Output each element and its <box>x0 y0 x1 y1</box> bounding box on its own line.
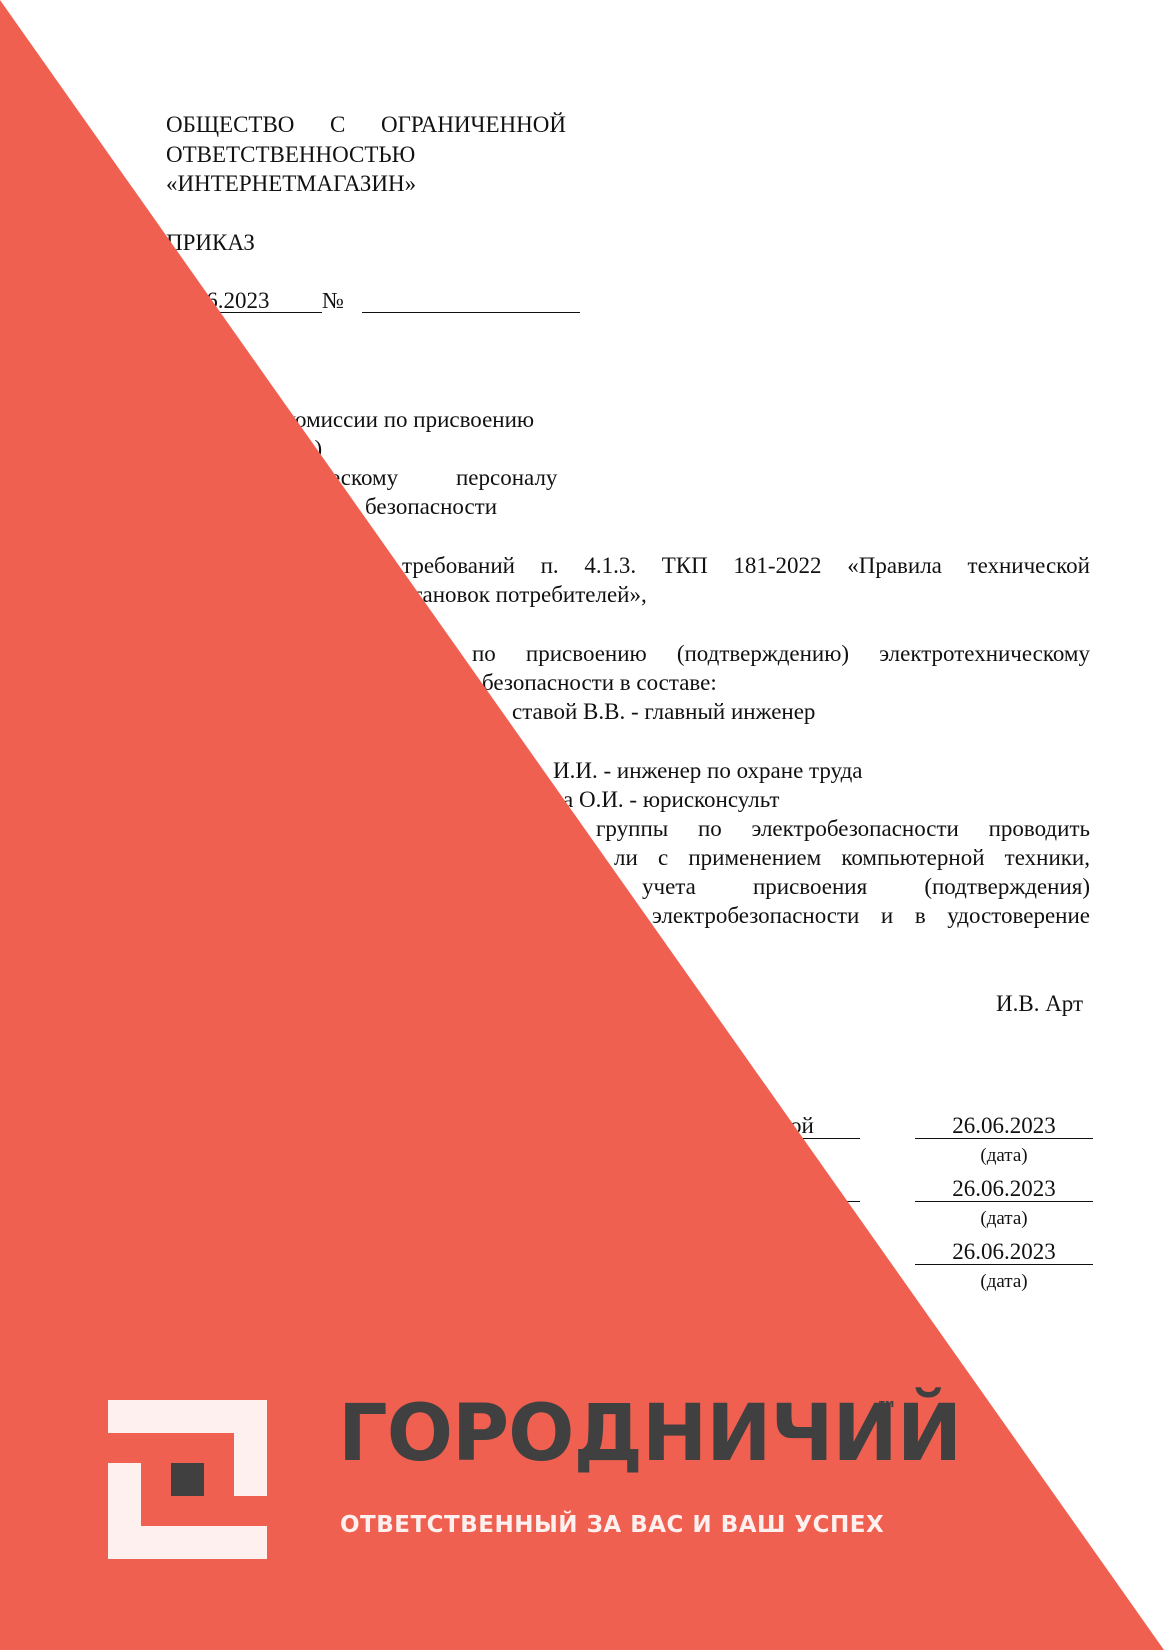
commission-member-2: а О.И. - юрисконсульт <box>563 785 779 814</box>
ack-date-caption-1: (дата) <box>915 1141 1093 1170</box>
subject-line-3a: ескому <box>330 463 398 492</box>
subject-line-4: безопасности <box>365 492 497 521</box>
org-name-line-1: ОБЩЕСТВО С ОГРАНИЧЕННОЙ <box>166 110 566 139</box>
brand-logo-icon <box>108 1400 267 1559</box>
basis-line-2: становок потребителей», <box>402 580 647 609</box>
org-name-line-2: ОТВЕТСТВЕННОСТЬЮ <box>166 140 415 169</box>
number-sign: № <box>322 286 344 315</box>
org-name-line-3: «ИНТЕРНЕТМАГАЗИН» <box>166 169 416 198</box>
order-line-8: учета присвоения (подтверждения) <box>642 872 1090 901</box>
doc-type-title: ПРИКАЗ <box>166 228 255 257</box>
order-line-1: по присвоению (подтверждению) электротех… <box>472 639 1090 668</box>
trademark-symbol: ™ <box>876 1398 898 1423</box>
subject-line-2: ию) <box>285 434 322 463</box>
page: ОБЩЕСТВО С ОГРАНИЧЕННОЙ ОТВЕТСТВЕННОСТЬЮ… <box>0 0 1164 1650</box>
signer-name: И.В. Арт <box>996 989 1083 1018</box>
subject-line-1: комиссии по присвоению <box>285 405 534 434</box>
ack-date-line-1 <box>915 1138 1093 1139</box>
date-underline <box>166 312 322 313</box>
ack-name-1: ой <box>790 1111 814 1140</box>
number-field-line <box>362 312 580 313</box>
ack-date-line-2 <box>915 1201 1093 1202</box>
order-line-7: ли с применением компьютерной техники, <box>614 843 1090 872</box>
ack-date-3: 26.06.2023 <box>915 1237 1093 1266</box>
ack-signature-line-2 <box>820 1201 860 1202</box>
order-date: 26.06.2023 <box>166 286 270 315</box>
ack-date-2: 26.06.2023 <box>915 1174 1093 1203</box>
basis-line-1: требований п. 4.1.3. ТКП 181-2022 «Прави… <box>402 551 1090 580</box>
order-line-9: электробезопасности и в удостоверение <box>652 901 1090 930</box>
commission-member-1: И.И. - инженер по охране труда <box>553 756 863 785</box>
brand-name: ГОРОДНИЧИЙ <box>338 1395 961 1473</box>
order-line-6: группы по электробезопасности проводить <box>596 814 1090 843</box>
commission-chair: ставой В.В. - главный инженер <box>512 697 815 726</box>
ack-date-caption-3: (дата) <box>915 1267 1093 1296</box>
brand-slogan: ОТВЕТСТВЕННЫЙ ЗА ВАС И ВАШ УСПЕХ <box>340 1512 884 1538</box>
ack-date-caption-2: (дата) <box>915 1204 1093 1233</box>
ack-date-line-3 <box>915 1264 1093 1265</box>
ack-signature-line-1 <box>760 1138 860 1139</box>
subject-line-3b: персоналу <box>456 463 557 492</box>
order-line-2: безопасности в составе: <box>482 668 717 697</box>
ack-date-1: 26.06.2023 <box>915 1111 1093 1140</box>
